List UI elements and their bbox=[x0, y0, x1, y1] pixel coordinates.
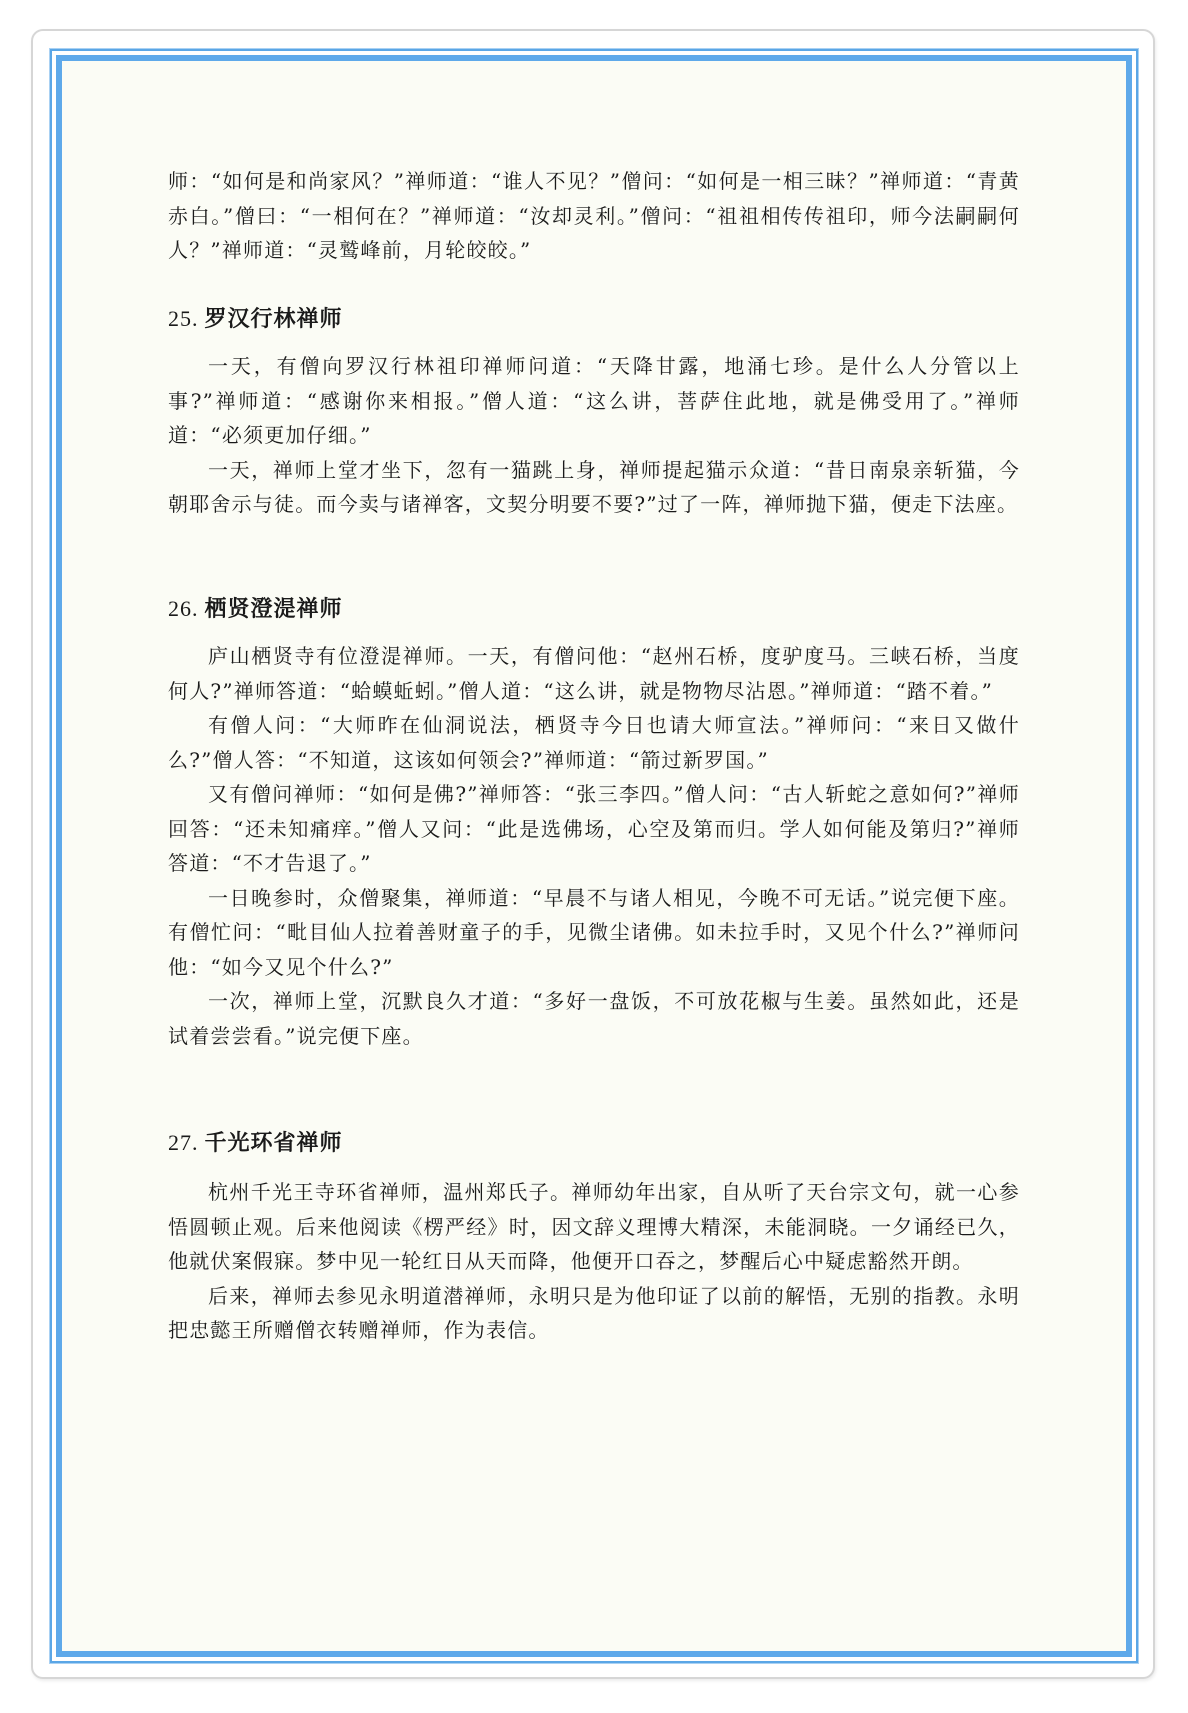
paragraph: 杭州千光王寺环省禅师，温州郑氏子。禅师幼年出家，自从听了天台宗文句，就一心参悟圆… bbox=[168, 1175, 1020, 1279]
section-heading-27: 27.千光环省禅师 bbox=[168, 1126, 343, 1157]
continuation-block: 师：“如何是和尚家风？”禅师道：“谁人不见？”僧问：“如何是一相三昧？”禅师道：… bbox=[168, 164, 1020, 268]
section-number: 27. bbox=[168, 1130, 199, 1155]
paragraph: 后来，禅师去参见永明道潜禅师，永明只是为他印证了以前的解悟，无别的指教。永明把忠… bbox=[168, 1279, 1020, 1348]
section-body-25: 一天，有僧向罗汉行林祖印禅师问道：“天降甘露，地涌七珍。是什么人分管以上事?”禅… bbox=[168, 349, 1020, 522]
paragraph: 庐山栖贤寺有位澄湜禅师。一天，有僧问他：“赵州石桥，度驴度马。三峡石桥，当度何人… bbox=[168, 639, 1020, 708]
paragraph: 一次，禅师上堂，沉默良久才道：“多好一盘饭，不可放花椒与生姜。虽然如此，还是试着… bbox=[168, 984, 1020, 1053]
section-heading-25: 25.罗汉行林禅师 bbox=[168, 302, 343, 333]
section-title: 栖贤澄湜禅师 bbox=[205, 596, 343, 622]
section-heading-26: 26.栖贤澄湜禅师 bbox=[168, 592, 343, 623]
paragraph: 又有僧问禅师：“如何是佛?”禅师答：“张三李四。”僧人问：“古人斩蛇之意如何?”… bbox=[168, 777, 1020, 881]
section-title: 罗汉行林禅师 bbox=[205, 306, 343, 332]
section-number: 25. bbox=[168, 306, 199, 331]
paragraph: 一天，有僧向罗汉行林祖印禅师问道：“天降甘露，地涌七珍。是什么人分管以上事?”禅… bbox=[168, 349, 1020, 453]
paragraph: 师：“如何是和尚家风？”禅师道：“谁人不见？”僧问：“如何是一相三昧？”禅师道：… bbox=[168, 164, 1020, 268]
section-body-27: 杭州千光王寺环省禅师，温州郑氏子。禅师幼年出家，自从听了天台宗文句，就一心参悟圆… bbox=[168, 1175, 1020, 1348]
paragraph: 一日晚参时，众僧聚集，禅师道：“早晨不与诸人相见，今晚不可无话。”说完便下座。有… bbox=[168, 881, 1020, 985]
section-body-26: 庐山栖贤寺有位澄湜禅师。一天，有僧问他：“赵州石桥，度驴度马。三峡石桥，当度何人… bbox=[168, 639, 1020, 1053]
paragraph: 一天，禅师上堂才坐下，忽有一猫跳上身，禅师提起猫示众道：“昔日南泉亲斩猫，今朝耶… bbox=[168, 453, 1020, 522]
section-number: 26. bbox=[168, 596, 199, 621]
section-title: 千光环省禅师 bbox=[205, 1130, 343, 1156]
paragraph: 有僧人问：“大师昨在仙洞说法，栖贤寺今日也请大师宣法。”禅师问：“来日又做什么?… bbox=[168, 708, 1020, 777]
